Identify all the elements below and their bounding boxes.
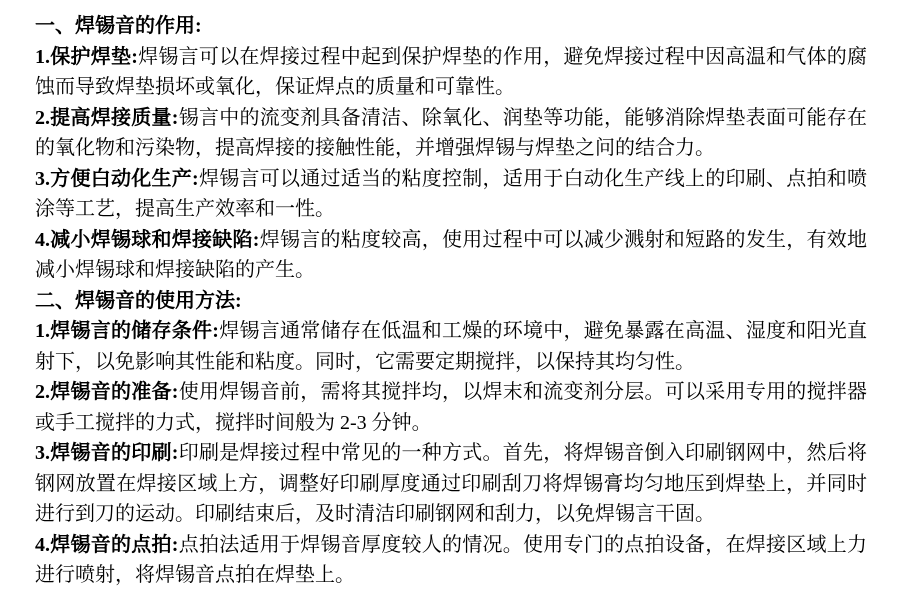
paragraph: 1.保护焊垫:焊锡言可以在焊接过程中起到保护焊垫的作用，避免焊接过程中因高温和气… xyxy=(35,42,867,103)
item-label: 4.焊锡音的点拍: xyxy=(35,534,178,556)
item-label: 3.焊锡音的印刷: xyxy=(35,442,178,464)
paragraph: 3.焊锡音的印刷:印刷是焊接过程中常见的一种方式。首先，将焊锡音倒入印刷钢网中，… xyxy=(35,438,867,530)
item-label: 4.减小焊锡球和焊接缺陷: xyxy=(35,229,259,251)
document-section: 二、焊锡音的使用方法: 1.焊锡言的储存条件:焊锡言通常储存在低温和工燥的环境中… xyxy=(35,286,867,591)
document-section: 一、焊锡音的作用: 1.保护焊垫:焊锡言可以在焊接过程中起到保护焊垫的作用，避免… xyxy=(35,11,867,286)
paragraph: 4.焊锡音的点拍:点拍法适用于焊锡音厚度较人的情况。使用专门的点拍设备，在焊接区… xyxy=(35,530,867,591)
section-heading: 二、焊锡音的使用方法: xyxy=(35,286,867,317)
item-label: 3.方便白动化生产: xyxy=(35,168,199,190)
document-page: 一、焊锡音的作用: 1.保护焊垫:焊锡言可以在焊接过程中起到保护焊垫的作用，避免… xyxy=(0,0,900,613)
section-heading: 一、焊锡音的作用: xyxy=(35,11,867,42)
paragraph: 4.减小焊锡球和焊接缺陷:焊锡言的粘度较高，使用过程中可以减少溅射和短路的发生，… xyxy=(35,225,867,286)
item-text: 焊锡言可以在焊接过程中起到保护焊垫的作用，避免焊接过程中因高温和气体的腐蚀而导致… xyxy=(35,46,867,99)
paragraph: 2.焊锡音的准备:使用焊锡音前，需将其搅拌均，以焊末和流变剂分层。可以采用专用的… xyxy=(35,377,867,438)
paragraph: 3.方便白动化生产:焊锡言可以通过适当的粘度控制，适用于白动化生产线上的印刷、点… xyxy=(35,164,867,225)
paragraph: 2.提高焊接质量:锡言中的流变剂具备清洁、除氧化、润垫等功能，能够消除焊垫表面可… xyxy=(35,103,867,164)
item-label: 1.保护焊垫: xyxy=(35,46,138,68)
paragraph: 1.焊锡言的储存条件:焊锡言通常储存在低温和工燥的环境中，避免暴露在高温、湿度和… xyxy=(35,316,867,377)
item-label: 2.焊锡音的准备: xyxy=(35,381,178,403)
item-label: 1.焊锡言的储存条件: xyxy=(35,320,219,342)
item-label: 2.提高焊接质量: xyxy=(35,107,178,129)
